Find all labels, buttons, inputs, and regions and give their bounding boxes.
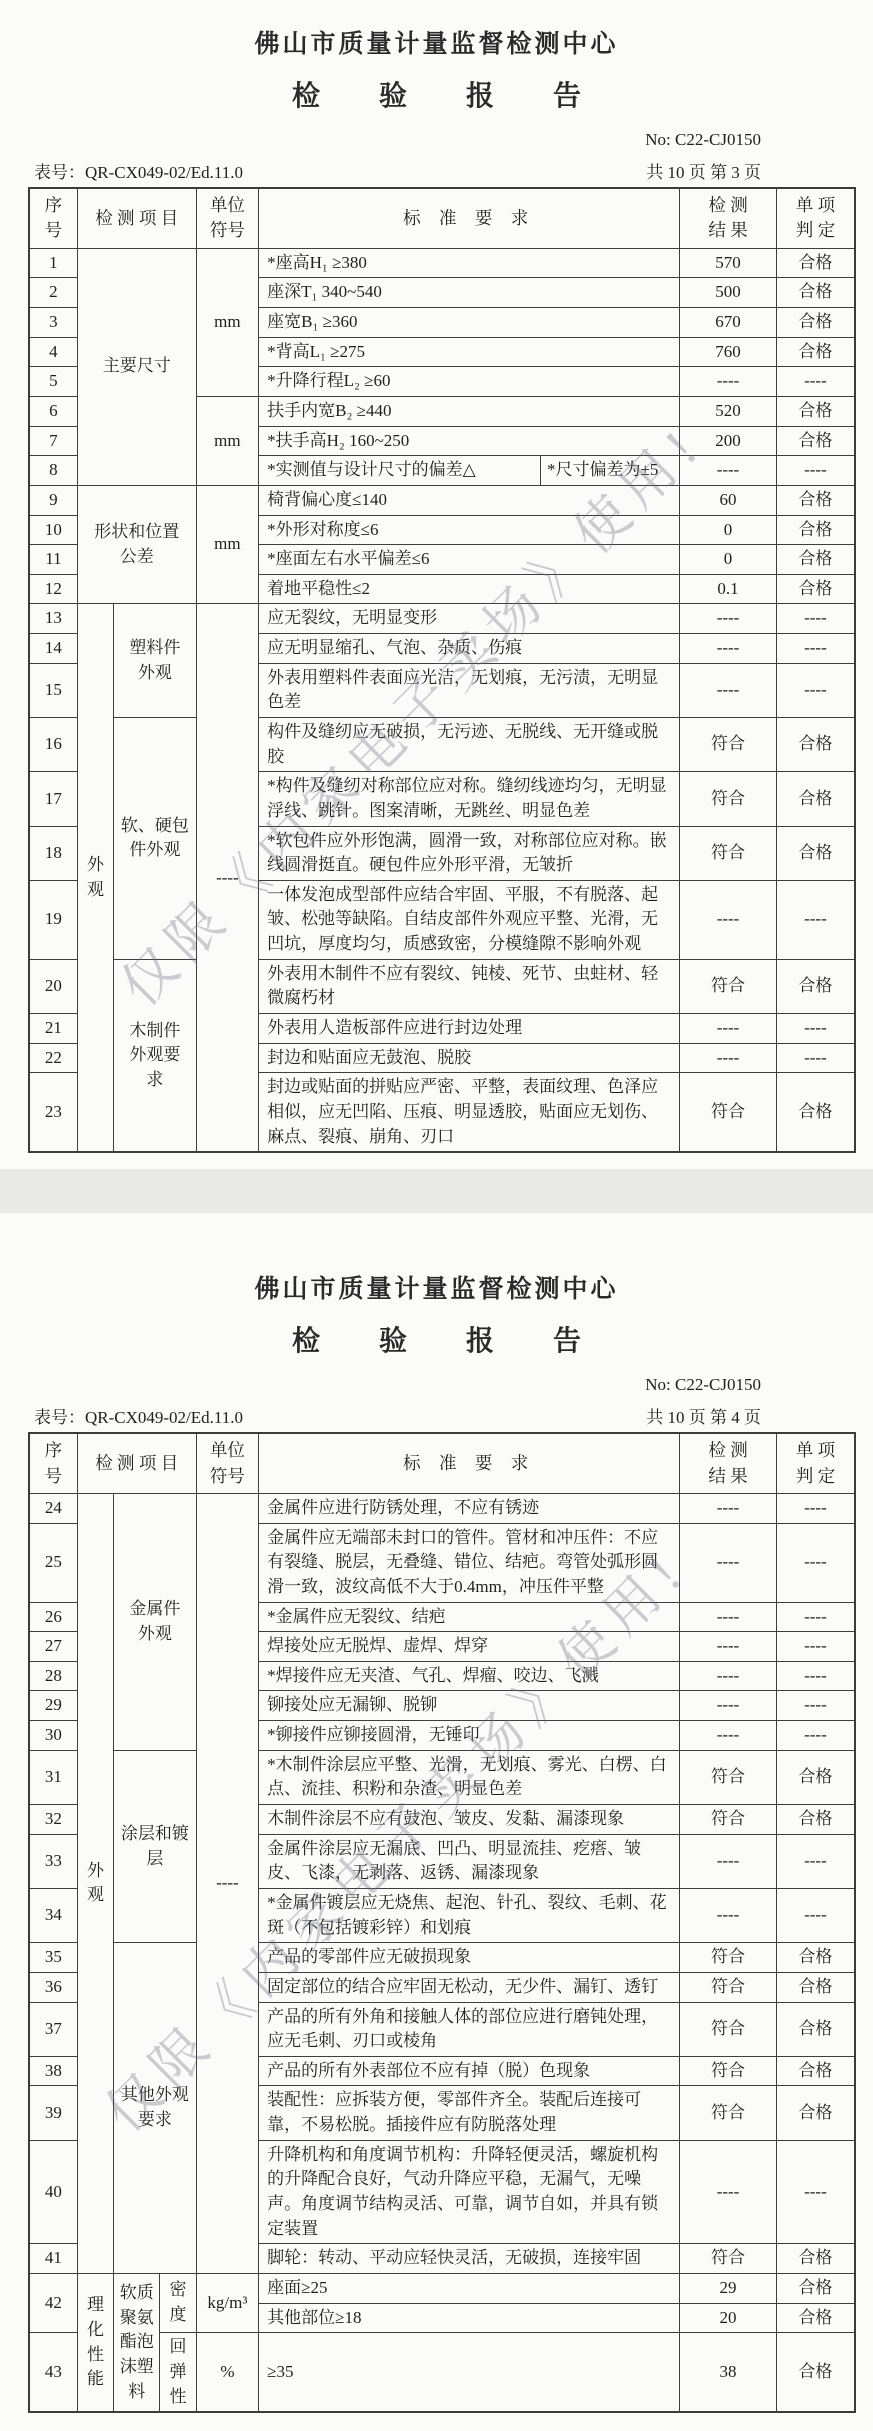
result-cell: ---- (680, 604, 777, 634)
verdict-cell: 合格 (776, 574, 855, 604)
org-title: 佛山市质量计量监督检测中心 (0, 1269, 873, 1305)
seq-cell: 28 (29, 1661, 77, 1691)
verdict-cell: ---- (776, 1494, 855, 1524)
group-coating-plating: 涂层和镀层 (114, 1750, 197, 1942)
seq-cell: 32 (29, 1805, 77, 1835)
header-item: 检 测 项 目 (77, 1433, 196, 1493)
verdict-cell: 合格 (776, 2002, 855, 2056)
verdict-cell: 合格 (776, 515, 855, 545)
verdict-cell: ---- (776, 456, 855, 486)
result-cell: 570 (680, 248, 777, 278)
result-cell: 符合 (680, 2056, 777, 2086)
verdict-cell: 合格 (776, 718, 855, 772)
table-row: 13 外 观 塑料件 外观 ---- 应无裂纹，无明显变形 ---- ---- (29, 604, 855, 634)
result-cell: 符合 (680, 718, 777, 772)
result-cell: 符合 (680, 1805, 777, 1835)
result-cell: 760 (680, 337, 777, 367)
verdict-cell: 合格 (776, 2303, 855, 2333)
requirement-cell: 封边和贴面应无鼓泡、脱胶 (259, 1043, 680, 1073)
header-verdict: 单 项 判 定 (776, 188, 855, 248)
verdict-cell: 合格 (776, 2244, 855, 2274)
verdict-cell: 合格 (776, 396, 855, 426)
requirement-cell: *座高H₁ ≥380 (259, 248, 680, 278)
verdict-cell: 合格 (776, 1073, 855, 1152)
seq-cell: 10 (29, 515, 77, 545)
seq-cell: 3 (29, 308, 77, 338)
result-cell: ---- (680, 1721, 777, 1751)
verdict-cell: 合格 (776, 426, 855, 456)
group-polyurethane-foam: 软质 聚氨 酯泡 沫塑 料 (114, 2273, 160, 2412)
requirement-cell: ≥35 (259, 2333, 680, 2412)
requirement-cell: *软包件应外形饱满，圆滑一致，对称部位应对称。嵌线圆滑挺直。硬包件应外形平滑，无… (259, 826, 680, 880)
verdict-cell: ---- (776, 1888, 855, 1942)
group-other-appearance: 其他外观 要求 (114, 1943, 197, 2274)
table-row: 35 其他外观 要求 产品的零部件应无破损现象 符合 合格 (29, 1943, 855, 1973)
seq-cell: 25 (29, 1523, 77, 1602)
verdict-cell: 合格 (776, 1805, 855, 1835)
verdict-cell: 合格 (776, 826, 855, 880)
header-result: 检 测 结 果 (680, 1433, 777, 1493)
table-row: 31 涂层和镀层 *木制件涂层应平整、光滑，无划痕、雾光、白楞、白点、流挂、积粉… (29, 1750, 855, 1804)
verdict-cell: 合格 (776, 772, 855, 826)
page-info: 共 10 页 第 4 页 (646, 1403, 761, 1428)
seq-cell: 37 (29, 2002, 77, 2056)
requirement-cell: *金属件应无裂纹、结疤 (259, 1602, 680, 1632)
requirement-cell: *焊接件应无夹渣、气孔、焊瘤、咬边、飞溅 (259, 1661, 680, 1691)
verdict-cell: ---- (776, 1043, 855, 1073)
result-cell: 符合 (680, 772, 777, 826)
result-cell: 符合 (680, 2002, 777, 2056)
verdict-cell: 合格 (776, 308, 855, 338)
report-page-3: 佛山市质量计量监督检测中心 检 验 报 告 No: C22-CJ0150 表号：… (0, 0, 873, 1169)
seq-cell: 26 (29, 1602, 77, 1632)
seq-cell: 13 (29, 604, 77, 634)
verdict-cell: 合格 (776, 2333, 855, 2412)
requirement-deviation-limit: *尺寸偏差为±5 (540, 456, 679, 485)
result-cell: ---- (680, 1632, 777, 1662)
seq-cell: 43 (29, 2333, 77, 2412)
result-cell: ---- (680, 1661, 777, 1691)
group-density: 密度 (160, 2273, 196, 2332)
header-item: 检 测 项 目 (77, 188, 196, 248)
requirement-cell: 金属件应进行防锈处理，不应有锈迹 (259, 1494, 680, 1524)
seq-cell: 42 (29, 2273, 77, 2332)
seq-cell: 18 (29, 826, 77, 880)
verdict-cell: 合格 (776, 959, 855, 1013)
header-unit: 单位 符号 (196, 1433, 258, 1493)
result-cell: ---- (680, 2140, 777, 2244)
verdict-cell: 合格 (776, 2273, 855, 2303)
verdict-cell: ---- (776, 1661, 855, 1691)
verdict-cell: ---- (776, 634, 855, 664)
result-cell: 符合 (680, 1972, 777, 2002)
unit-cell: mm (196, 396, 258, 485)
result-cell: ---- (680, 1888, 777, 1942)
result-cell: ---- (680, 367, 777, 397)
seq-cell: 33 (29, 1834, 77, 1888)
result-cell: ---- (680, 1523, 777, 1602)
result-cell: 500 (680, 278, 777, 308)
verdict-cell: 合格 (776, 1750, 855, 1804)
result-cell: 符合 (680, 826, 777, 880)
unit-cell: mm (196, 485, 258, 604)
group-wood-appearance: 木制件 外观要 求 (114, 959, 197, 1152)
seq-cell: 38 (29, 2056, 77, 2086)
requirement-cell: 铆接处应无漏铆、脱铆 (259, 1691, 680, 1721)
requirement-cell: 一体发泡成型部件应结合牢固、平服，不有脱落、起皱、松弛等缺陷。自结皮部件外观应平… (259, 880, 680, 959)
seq-cell: 8 (29, 456, 77, 486)
table-header-row: 序 号 检 测 项 目 单位 符号 标 准 要 求 检 测 结 果 单 项 判 … (29, 188, 855, 248)
seq-cell: 31 (29, 1750, 77, 1804)
requirement-cell: *铆接件应铆接圆滑，无锤印 (259, 1721, 680, 1751)
seq-cell: 30 (29, 1721, 77, 1751)
verdict-cell: 合格 (776, 485, 855, 515)
requirement-cell: 脚轮：转动、平动应轻快灵活，无破损，连接牢固 (259, 2244, 680, 2274)
unit-cell: % (196, 2333, 258, 2412)
requirement-cell: 座宽B₁ ≥360 (259, 308, 680, 338)
result-cell: ---- (680, 1602, 777, 1632)
result-cell: 符合 (680, 2244, 777, 2274)
requirement-cell: 应无明显缩孔、气泡、杂质、伤痕 (259, 634, 680, 664)
table-row: 9 形状和位置 公差 mm 椅背偏心度≤140 60 合格 (29, 485, 855, 515)
header-seq: 序 号 (29, 188, 77, 248)
seq-cell: 7 (29, 426, 77, 456)
seq-cell: 6 (29, 396, 77, 426)
requirement-deviation: *实测值与设计尺寸的偏差△ (259, 456, 540, 485)
header-seq: 序 号 (29, 1433, 77, 1493)
verdict-cell: ---- (776, 604, 855, 634)
requirement-cell: *座面左右水平偏差≤6 (259, 545, 680, 575)
verdict-cell: 合格 (776, 545, 855, 575)
verdict-cell: ---- (776, 1523, 855, 1602)
result-cell: 29 (680, 2273, 777, 2303)
unit-cell: mm (196, 248, 258, 396)
header-verdict: 单 项 判 定 (776, 1433, 855, 1493)
seq-cell: 17 (29, 772, 77, 826)
requirement-cell: 产品的所有外角和接触人体的部位应进行磨钝处理，应无毛刺、刃口或棱角 (259, 2002, 680, 2056)
header-result: 检 测 结 果 (680, 188, 777, 248)
verdict-cell: 合格 (776, 2056, 855, 2086)
result-cell: 200 (680, 426, 777, 456)
result-cell: 符合 (680, 1750, 777, 1804)
requirement-cell: *实测值与设计尺寸的偏差△ *尺寸偏差为±5 (259, 456, 680, 486)
seq-cell: 27 (29, 1632, 77, 1662)
unit-cell: ---- (196, 604, 258, 1152)
seq-cell: 2 (29, 278, 77, 308)
result-cell: ---- (680, 634, 777, 664)
page-info: 共 10 页 第 3 页 (646, 158, 761, 183)
requirement-cell: 外表用人造板部件应进行封边处理 (259, 1014, 680, 1044)
verdict-cell: ---- (776, 1721, 855, 1751)
verdict-cell: ---- (776, 1014, 855, 1044)
org-title: 佛山市质量计量监督检测中心 (0, 24, 873, 60)
verdict-cell: ---- (776, 2140, 855, 2244)
group-shape-position-tolerance: 形状和位置 公差 (77, 485, 196, 604)
requirement-cell: 封边或贴面的拼贴应严密、平整，表面纹理、色泽应相似，应无凹陷、压痕、明显透胶，贴… (259, 1073, 680, 1152)
result-cell: 0 (680, 515, 777, 545)
result-cell: ---- (680, 880, 777, 959)
requirement-cell: *木制件涂层应平整、光滑，无划痕、雾光、白楞、白点、流挂、积粉和杂渣、明显色差 (259, 1750, 680, 1804)
seq-cell: 11 (29, 545, 77, 575)
group-metal-appearance: 金属件 外观 (114, 1494, 197, 1751)
requirement-cell: 金属件应无端部未封口的管件。管材和冲压件：不应有裂缝、脱层，无叠缝、错位、结疤。… (259, 1523, 680, 1602)
result-cell: 符合 (680, 959, 777, 1013)
result-cell: 38 (680, 2333, 777, 2412)
seq-cell: 19 (29, 880, 77, 959)
requirement-cell: *金属件镀层应无烧焦、起泡、针孔、裂纹、毛刺、花斑（不包括镀彩锌）和划痕 (259, 1888, 680, 1942)
seq-cell: 16 (29, 718, 77, 772)
verdict-cell: ---- (776, 1602, 855, 1632)
seq-cell: 36 (29, 1972, 77, 2002)
requirement-cell: *扶手高H₂ 160~250 (259, 426, 680, 456)
requirement-cell: 固定部位的结合应牢固无松动，无少件、漏钉、透钉 (259, 1972, 680, 2002)
report-no: No: C22-CJ0150 (0, 1375, 873, 1395)
requirement-cell: *背高L₁ ≥275 (259, 337, 680, 367)
result-cell: 符合 (680, 1073, 777, 1152)
form-no: 表号：QR-CX049-02/Ed.11.0 (34, 1403, 243, 1428)
result-cell: ---- (680, 1834, 777, 1888)
requirement-cell: 金属件涂层应无漏底、凹凸、明显流挂、疙瘩、皱皮、飞漆，无剥落、返锈、漏漆现象 (259, 1834, 680, 1888)
group-soft-hard-upholstery: 软、硬包 件外观 (114, 718, 197, 960)
requirement-cell: 构件及缝纫应无破损，无污迹、无脱线、无开缝或脱胶 (259, 718, 680, 772)
table-row: 24 外 观 金属件 外观 ---- 金属件应进行防锈处理，不应有锈迹 ----… (29, 1494, 855, 1524)
seq-cell: 20 (29, 959, 77, 1013)
verdict-cell: 合格 (776, 337, 855, 367)
report-title: 检 验 报 告 (0, 74, 873, 114)
seq-cell: 14 (29, 634, 77, 664)
table-row: 16 软、硬包 件外观 构件及缝纫应无破损，无污迹、无脱线、无开缝或脱胶 符合 … (29, 718, 855, 772)
header-unit: 单位 符号 (196, 188, 258, 248)
seq-cell: 23 (29, 1073, 77, 1152)
group-plastic-appearance: 塑料件 外观 (114, 604, 197, 718)
result-cell: ---- (680, 663, 777, 717)
table-row: 1 主要尺寸 mm *座高H₁ ≥380 570 合格 (29, 248, 855, 278)
seq-cell: 12 (29, 574, 77, 604)
seq-cell: 39 (29, 2086, 77, 2140)
verdict-cell: ---- (776, 1632, 855, 1662)
verdict-cell: ---- (776, 1691, 855, 1721)
verdict-cell: ---- (776, 367, 855, 397)
report-page-4: 佛山市质量计量监督检测中心 检 验 报 告 No: C22-CJ0150 表号：… (0, 1213, 873, 2431)
requirement-cell: 着地平稳性≤2 (259, 574, 680, 604)
verdict-cell: ---- (776, 1834, 855, 1888)
page-separator (0, 1169, 873, 1213)
result-cell: 符合 (680, 2086, 777, 2140)
requirement-cell: 外表用塑料件表面应光洁，无划痕，无污渍，无明显色差 (259, 663, 680, 717)
seq-cell: 34 (29, 1888, 77, 1942)
seq-cell: 40 (29, 2140, 77, 2244)
inspection-table-page3: 序 号 检 测 项 目 单位 符号 标 准 要 求 检 测 结 果 单 项 判 … (28, 187, 856, 1153)
verdict-cell: 合格 (776, 1943, 855, 1973)
report-title: 检 验 报 告 (0, 1319, 873, 1359)
requirement-cell: *构件及缝纫对称部位应对称。缝纫线迹均匀，无明显浮线、跳针。图案清晰，无跳丝、明… (259, 772, 680, 826)
seq-cell: 35 (29, 1943, 77, 1973)
requirement-cell: 产品的所有外表部位不应有掉（脱）色现象 (259, 2056, 680, 2086)
seq-cell: 5 (29, 367, 77, 397)
result-cell: ---- (680, 1014, 777, 1044)
requirement-cell: 焊接处应无脱焊、虚焊、焊穿 (259, 1632, 680, 1662)
result-cell: ---- (680, 1691, 777, 1721)
requirement-cell: 装配性：应拆装方便，零部件齐全。装配后连接可靠，不易松脱。插接件应有防脱落处理 (259, 2086, 680, 2140)
verdict-cell: 合格 (776, 248, 855, 278)
requirement-cell: 座深T₁ 340~540 (259, 278, 680, 308)
group-resilience: 回弹 性 (160, 2333, 196, 2412)
result-cell: 520 (680, 396, 777, 426)
requirement-cell: 座面≥25 (259, 2273, 680, 2303)
group-appearance: 外 观 (77, 1494, 113, 2274)
seq-cell: 29 (29, 1691, 77, 1721)
result-cell: 0 (680, 545, 777, 575)
seq-cell: 22 (29, 1043, 77, 1073)
result-cell: 60 (680, 485, 777, 515)
verdict-cell: 合格 (776, 1972, 855, 2002)
result-cell: 符合 (680, 1943, 777, 1973)
group-appearance: 外 观 (77, 604, 113, 1152)
requirement-cell: 扶手内宽B₂ ≥440 (259, 396, 680, 426)
group-main-dimensions: 主要尺寸 (77, 248, 196, 485)
unit-cell: kg/m³ (196, 2273, 258, 2332)
seq-cell: 9 (29, 485, 77, 515)
table-row: 20 木制件 外观要 求 外表用木制件不应有裂纹、钝棱、死节、虫蛀材、轻微腐朽材… (29, 959, 855, 1013)
requirement-cell: 其他部位≥18 (259, 2303, 680, 2333)
header-requirement: 标 准 要 求 (259, 1433, 680, 1493)
requirement-cell: 木制件涂层不应有鼓泡、皱皮、发黏、漏漆现象 (259, 1805, 680, 1835)
verdict-cell: ---- (776, 663, 855, 717)
result-cell: ---- (680, 1043, 777, 1073)
seq-cell: 41 (29, 2244, 77, 2274)
result-cell: ---- (680, 1494, 777, 1524)
form-no: 表号：QR-CX049-02/Ed.11.0 (34, 158, 243, 183)
requirement-cell: 升降机构和角度调节机构：升降轻便灵活，螺旋机构的升降配合良好，气动升降应平稳，无… (259, 2140, 680, 2244)
seq-cell: 15 (29, 663, 77, 717)
seq-cell: 1 (29, 248, 77, 278)
requirement-cell: 外表用木制件不应有裂纹、钝棱、死节、虫蛀材、轻微腐朽材 (259, 959, 680, 1013)
table-header-row: 序 号 检 测 项 目 单位 符号 标 准 要 求 检 测 结 果 单 项 判 … (29, 1433, 855, 1493)
requirement-cell: *升降行程L₂ ≥60 (259, 367, 680, 397)
result-cell: ---- (680, 456, 777, 486)
result-cell: 670 (680, 308, 777, 338)
report-no: No: C22-CJ0150 (0, 130, 873, 150)
requirement-cell: 应无裂纹，无明显变形 (259, 604, 680, 634)
seq-cell: 24 (29, 1494, 77, 1524)
verdict-cell: 合格 (776, 2086, 855, 2140)
verdict-cell: 合格 (776, 278, 855, 308)
seq-cell: 4 (29, 337, 77, 367)
requirement-cell: 椅背偏心度≤140 (259, 485, 680, 515)
table-row: 42 理 化 性 能 软质 聚氨 酯泡 沫塑 料 密度 kg/m³ 座面≥25 … (29, 2273, 855, 2303)
unit-cell: ---- (196, 1494, 258, 2274)
result-cell: 0.1 (680, 574, 777, 604)
verdict-cell: ---- (776, 880, 855, 959)
inspection-table-page4: 序 号 检 测 项 目 单位 符号 标 准 要 求 检 测 结 果 单 项 判 … (28, 1432, 856, 2413)
requirement-cell: *外形对称度≤6 (259, 515, 680, 545)
seq-cell: 21 (29, 1014, 77, 1044)
group-physicochemical: 理 化 性 能 (77, 2273, 113, 2412)
requirement-cell: 产品的零部件应无破损现象 (259, 1943, 680, 1973)
header-requirement: 标 准 要 求 (259, 188, 680, 248)
result-cell: 20 (680, 2303, 777, 2333)
